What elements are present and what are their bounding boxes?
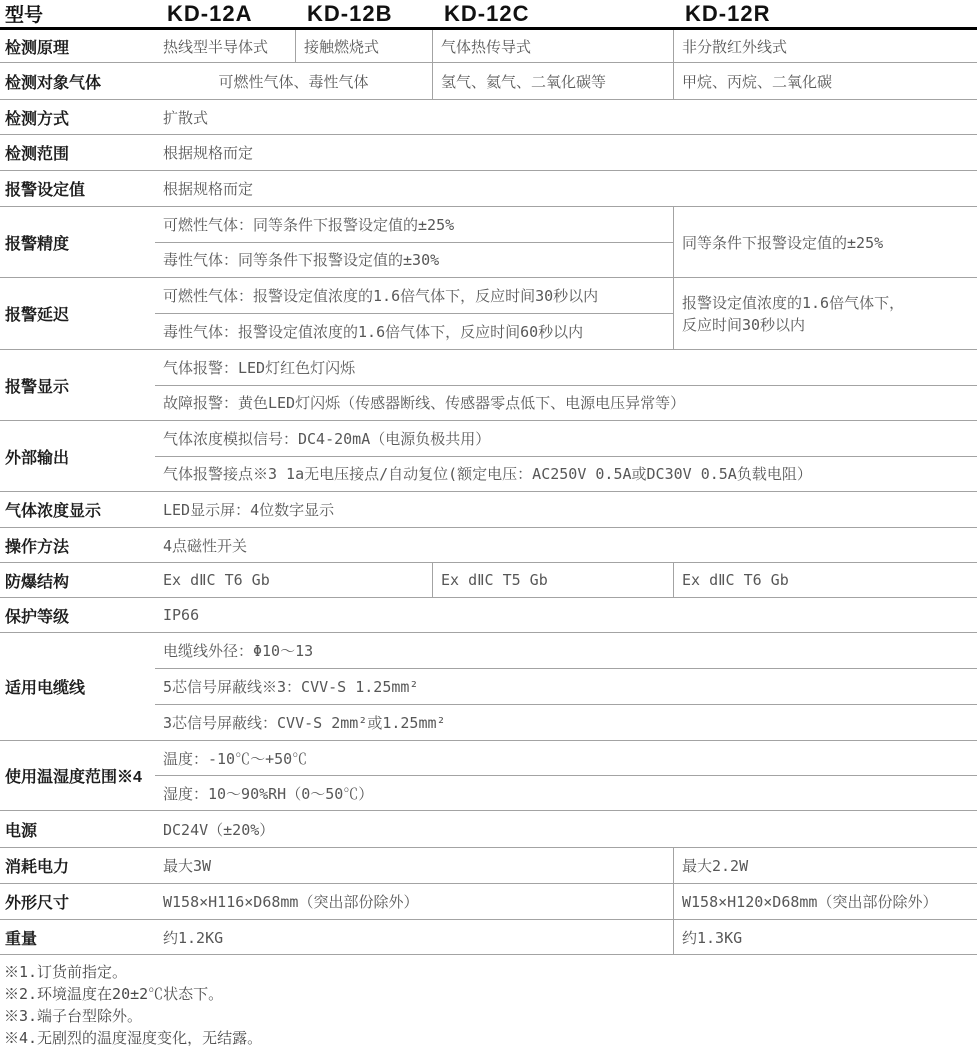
row-label: 气体浓度显示: [0, 492, 155, 527]
footnote-1: ※1.订货前指定。: [4, 961, 977, 983]
row-label: 适用电缆线: [0, 633, 155, 740]
row-label: 重量: [0, 920, 155, 954]
row-alarm-delay: 报警延迟 可燃性气体：报警设定值浓度的1.6倍气体下，反应时间30秒以内 毒性气…: [0, 278, 977, 350]
row-label: 外部输出: [0, 421, 155, 491]
cell-weight-r: 约1.3KG: [673, 920, 977, 954]
model-name-kd12a: KD-12A: [155, 1, 295, 27]
header-label-model: 型号: [0, 0, 155, 27]
cell-explosion-c: Ex dⅡC T5 Gb: [432, 563, 673, 597]
delay-abc-stack: 可燃性气体：报警设定值浓度的1.6倍气体下，反应时间30秒以内 毒性气体：报警设…: [155, 278, 673, 349]
row-detection-method: 检测方式 扩散式: [0, 100, 977, 135]
cell-accuracy-r: 同等条件下报警设定值的±25%: [673, 207, 977, 277]
external-output-stack: 气体浓度模拟信号：DC4-20mA（电源负极共用） 气体报警接点※3 1a无电压…: [155, 421, 977, 491]
cell-detection-method: 扩散式: [155, 100, 977, 134]
cell-explosion-ab: Ex dⅡC T6 Gb: [155, 563, 432, 597]
cell-principle-a: 热线型半导体式: [155, 30, 295, 62]
row-label: 报警延迟: [0, 278, 155, 349]
row-protection-class: 保护等级 IP66: [0, 598, 977, 633]
cell-alarm-contact: 气体报警接点※3 1a无电压接点/自动复位(额定电压：AC250V 0.5A或D…: [155, 456, 977, 492]
cell-gas-alarm: 气体报警：LED灯红色灯闪烁: [155, 350, 977, 385]
footnote-3: ※3.端子台型除外。: [4, 1005, 977, 1027]
row-power-supply: 电源 DC24V（±20%）: [0, 811, 977, 848]
cell-principle-b: 接触燃烧式: [295, 30, 432, 62]
row-target-gas: 检测对象气体 可燃性气体、毒性气体 氢气、氦气、二氧化碳等 甲烷、丙烷、二氧化碳: [0, 63, 977, 100]
row-explosion-proof: 防爆结构 Ex dⅡC T6 Gb Ex dⅡC T5 Gb Ex dⅡC T6…: [0, 563, 977, 598]
model-name-kd12r: KD-12R: [673, 1, 977, 27]
cell-fault-alarm: 故障报警：黄色LED灯闪烁（传感器断线、传感器零点低下、电源电压异常等）: [155, 385, 977, 421]
cell-dimensions-r: W158×H120×D68mm（突出部份除外）: [673, 884, 977, 919]
row-label: 检测对象气体: [0, 63, 155, 99]
header-row: 型号 KD-12A KD-12B KD-12C KD-12R: [0, 0, 977, 30]
cell-cable-3core: 3芯信号屏蔽线：CVV-S 2mm²或1.25mm²: [155, 704, 977, 740]
row-concentration-display: 气体浓度显示 LED显示屏：4位数字显示: [0, 492, 977, 528]
cell-detection-range: 根据规格而定: [155, 135, 977, 170]
cell-cable-diameter: 电缆线外径：Φ10～13: [155, 633, 977, 668]
footnote-2: ※2.环境温度在20±2℃状态下。: [4, 983, 977, 1005]
row-label: 消耗电力: [0, 848, 155, 883]
row-dimensions: 外形尺寸 W158×H116×D68mm（突出部份除外） W158×H120×D…: [0, 884, 977, 920]
row-applicable-cable: 适用电缆线 电缆线外径：Φ10～13 5芯信号屏蔽线※3：CVV-S 1.25m…: [0, 633, 977, 741]
cell-power-supply: DC24V（±20%）: [155, 811, 977, 847]
cell-concentration-display: LED显示屏：4位数字显示: [155, 492, 977, 527]
cable-stack: 电缆线外径：Φ10～13 5芯信号屏蔽线※3：CVV-S 1.25mm² 3芯信…: [155, 633, 977, 740]
row-label: 操作方法: [0, 528, 155, 562]
row-detection-range: 检测范围 根据规格而定: [0, 135, 977, 171]
row-label: 防爆结构: [0, 563, 155, 597]
cell-alarm-setpoint: 根据规格而定: [155, 171, 977, 206]
cell-delay-combustible: 可燃性气体：报警设定值浓度的1.6倍气体下，反应时间30秒以内: [155, 278, 673, 313]
footnotes: ※1.订货前指定。 ※2.环境温度在20±2℃状态下。 ※3.端子台型除外。 ※…: [0, 955, 977, 1046]
cell-delay-toxic: 毒性气体：报警设定值浓度的1.6倍气体下，反应时间60秒以内: [155, 313, 673, 349]
cell-accuracy-toxic: 毒性气体：同等条件下报警设定值的±30%: [155, 242, 673, 278]
cell-explosion-r: Ex dⅡC T6 Gb: [673, 563, 977, 597]
cell-principle-c: 气体热传导式: [432, 30, 673, 62]
footnote-4: ※4.无剧烈的温度湿度变化，无结露。: [4, 1027, 977, 1046]
row-label: 保护等级: [0, 598, 155, 632]
cell-temperature-range: 温度：-10℃～+50℃: [155, 741, 977, 775]
cell-target-gas-c: 氢气、氦气、二氧化碳等: [432, 63, 673, 99]
spec-sheet: 型号 KD-12A KD-12B KD-12C KD-12R 检测原理 热线型半…: [0, 0, 977, 1046]
cell-humidity-range: 湿度：10～90%RH（0～50℃）: [155, 775, 977, 810]
row-external-output: 外部输出 气体浓度模拟信号：DC4-20mA（电源负极共用） 气体报警接点※3 …: [0, 421, 977, 492]
cell-dimensions-abc: W158×H116×D68mm（突出部份除外）: [155, 884, 673, 919]
row-weight: 重量 约1.2KG 约1.3KG: [0, 920, 977, 955]
row-label: 外形尺寸: [0, 884, 155, 919]
row-label: 报警设定值: [0, 171, 155, 206]
cell-analog-signal: 气体浓度模拟信号：DC4-20mA（电源负极共用）: [155, 421, 977, 456]
cell-consumption-abc: 最大3W: [155, 848, 673, 883]
cell-consumption-r: 最大2.2W: [673, 848, 977, 883]
row-detection-principle: 检测原理 热线型半导体式 接触燃烧式 气体热传导式 非分散红外线式: [0, 30, 977, 63]
row-alarm-setpoint: 报警设定值 根据规格而定: [0, 171, 977, 207]
cell-weight-abc: 约1.2KG: [155, 920, 673, 954]
model-name-kd12c: KD-12C: [432, 1, 673, 27]
row-operation-method: 操作方法 4点磁性开关: [0, 528, 977, 563]
cell-protection-class: IP66: [155, 598, 977, 632]
row-label: 检测方式: [0, 100, 155, 134]
row-label: 检测范围: [0, 135, 155, 170]
row-alarm-accuracy: 报警精度 可燃性气体：同等条件下报警设定值的±25% 毒性气体：同等条件下报警设…: [0, 207, 977, 278]
row-power-consumption: 消耗电力 最大3W 最大2.2W: [0, 848, 977, 884]
row-label: 电源: [0, 811, 155, 847]
cell-accuracy-combustible: 可燃性气体：同等条件下报警设定值的±25%: [155, 207, 673, 242]
cell-principle-r: 非分散红外线式: [673, 30, 977, 62]
cell-delay-r: 报警设定值浓度的1.6倍气体下， 反应时间30秒以内: [673, 278, 977, 349]
row-label: 检测原理: [0, 30, 155, 62]
temp-humidity-stack: 温度：-10℃～+50℃ 湿度：10～90%RH（0～50℃）: [155, 741, 977, 810]
accuracy-abc-stack: 可燃性气体：同等条件下报警设定值的±25% 毒性气体：同等条件下报警设定值的±3…: [155, 207, 673, 277]
cell-cable-5core: 5芯信号屏蔽线※3：CVV-S 1.25mm²: [155, 668, 977, 704]
alarm-display-stack: 气体报警：LED灯红色灯闪烁 故障报警：黄色LED灯闪烁（传感器断线、传感器零点…: [155, 350, 977, 420]
model-name-kd12b: KD-12B: [295, 1, 432, 27]
row-temp-humidity-range: 使用温湿度范围※4 温度：-10℃～+50℃ 湿度：10～90%RH（0～50℃…: [0, 741, 977, 811]
cell-target-gas-r: 甲烷、丙烷、二氧化碳: [673, 63, 977, 99]
row-label: 报警显示: [0, 350, 155, 420]
row-label: 报警精度: [0, 207, 155, 277]
cell-operation-method: 4点磁性开关: [155, 528, 977, 562]
cell-target-gas-ab: 可燃性气体、毒性气体: [155, 63, 432, 99]
row-alarm-display: 报警显示 气体报警：LED灯红色灯闪烁 故障报警：黄色LED灯闪烁（传感器断线、…: [0, 350, 977, 421]
row-label: 使用温湿度范围※4: [0, 741, 155, 810]
